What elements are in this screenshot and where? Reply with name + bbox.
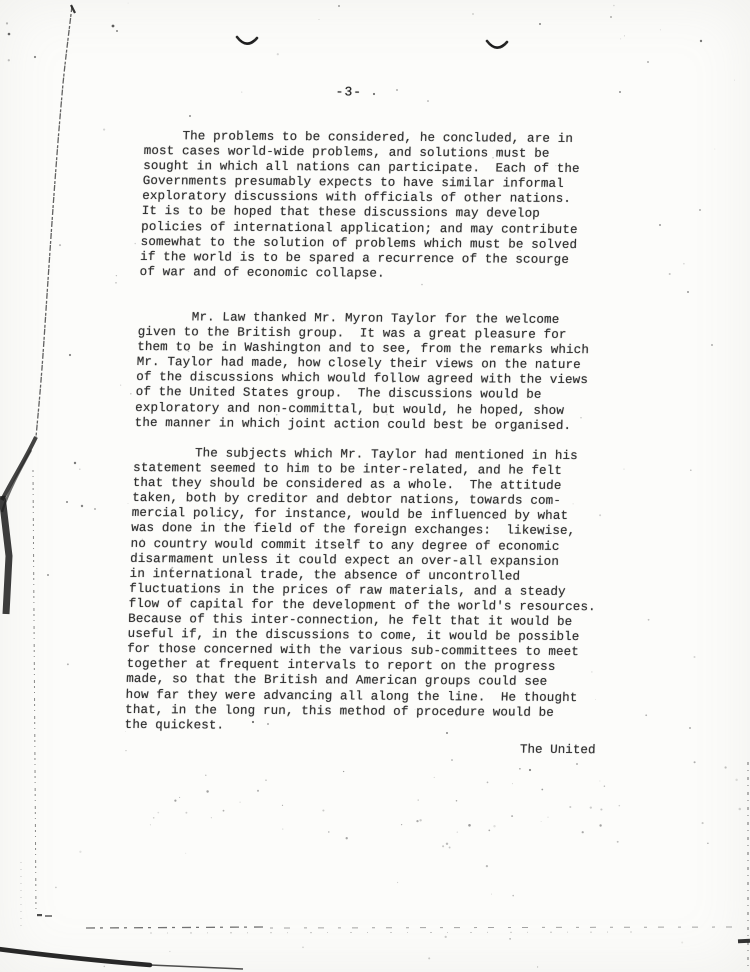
right-edge-dotted-line xyxy=(738,762,750,970)
page-number: -3- xyxy=(335,84,362,99)
binder-mark-left xyxy=(237,37,257,44)
paragraph-2: Mr. Law thanked Mr. Myron Taylor for the… xyxy=(134,310,590,434)
binder-mark-right xyxy=(487,41,507,48)
scanned-document-page: -3- The problems to be considered, he co… xyxy=(0,0,750,972)
paragraph-1: The problems to be considered, he conclu… xyxy=(139,129,580,283)
catchword-next-page: The United xyxy=(520,743,596,758)
typed-text-block: -3- The problems to be considered, he co… xyxy=(0,80,750,972)
paragraph-3: The subjects which Mr. Taylor had mentio… xyxy=(124,446,601,736)
